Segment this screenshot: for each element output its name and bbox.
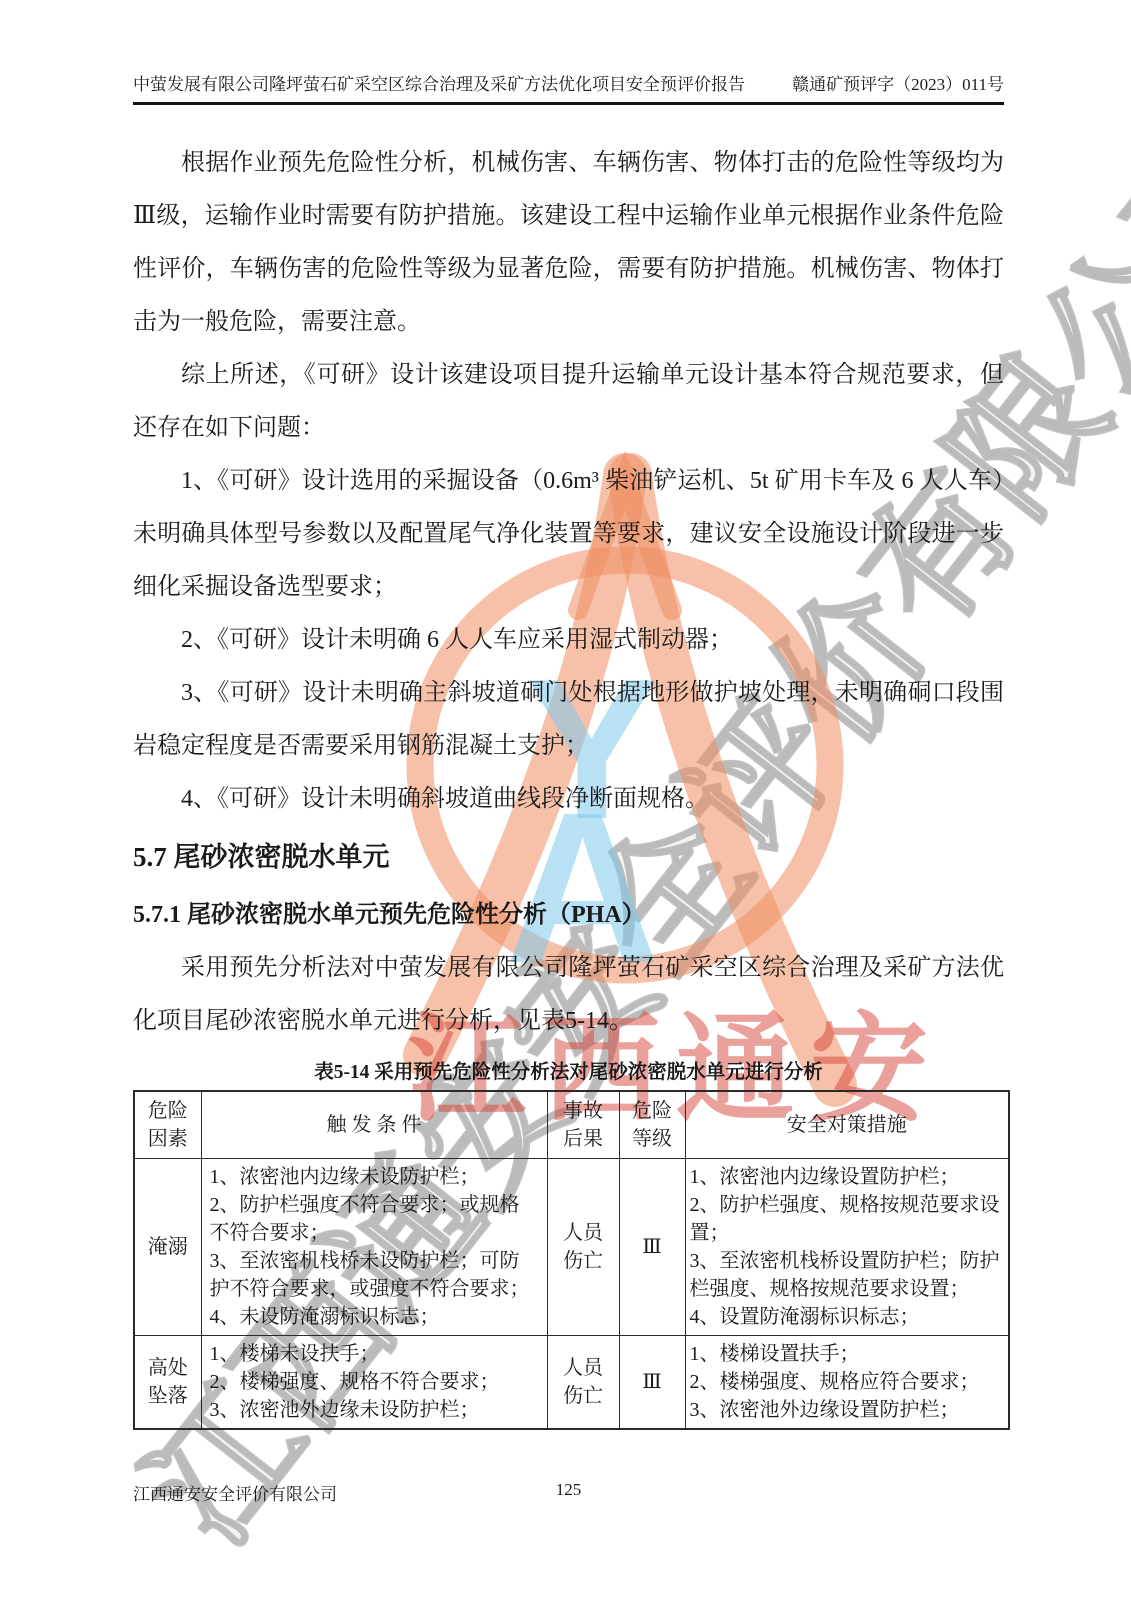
table-caption: 表5-14 采用预先危险性分析法对尾砂浓密脱水单元进行分析	[133, 1056, 1004, 1084]
cell-trigger-condition: 1、浓密池内边缘未设防护栏； 2、防护栏强度不符合要求；或规格不符合要求； 3、…	[201, 1159, 547, 1336]
pha-analysis-table: 危险 因素 触 发 条 件 事故 后果 危险 等级 安全对策措施 淹溺 1、浓密…	[133, 1090, 1010, 1430]
paragraph: 2、《可研》设计未明确 6 人人车应采用湿式制动器；	[133, 614, 1004, 667]
table-row: 高处 坠落 1、楼梯未设扶手； 2、楼梯强度、规格不符合要求； 3、浓密池外边缘…	[134, 1336, 1009, 1430]
paragraph: 1、《可研》设计选用的采掘设备（0.6m³ 柴油铲运机、5t 矿用卡车及 6 人…	[133, 455, 1004, 614]
report-title: 中萤发展有限公司隆坪萤石矿采空区综合治理及采矿方法优化项目安全预评价报告	[133, 70, 745, 95]
cell-safety-measures: 1、楼梯设置扶手； 2、楼梯强度、规格应符合要求； 3、浓密池外边缘设置防护栏；	[685, 1336, 1009, 1430]
cell-risk-level: Ⅲ	[619, 1336, 685, 1430]
page-footer: 江西通安安全评价有限公司 125	[133, 1480, 1004, 1505]
section-heading-5-7-1: 5.7.1 尾砂浓密脱水单元预先危险性分析（PHA）	[133, 890, 1004, 940]
report-doc-number: 赣通矿预评字（2023）011号	[792, 70, 1004, 95]
paragraph: 综上所述，《可研》设计该建设项目提升运输单元设计基本符合规范要求，但还存在如下问…	[133, 349, 1004, 455]
table-header-row: 危险 因素 触 发 条 件 事故 后果 危险 等级 安全对策措施	[134, 1091, 1009, 1159]
col-header-hazard-factor: 危险 因素	[134, 1091, 201, 1159]
paragraph: 采用预先分析法对中萤发展有限公司隆坪萤石矿采空区综合治理及采矿方法优化项目尾砂浓…	[133, 942, 1004, 1048]
footer-company-name: 江西通安安全评价有限公司	[133, 1485, 337, 1504]
page-number: 125	[556, 1480, 582, 1500]
cell-accident-consequence: 人员 伤亡	[547, 1159, 619, 1336]
cell-accident-consequence: 人员 伤亡	[547, 1336, 619, 1430]
paragraph: 3、《可研》设计未明确主斜坡道硐门处根据地形做护坡处理，未明确硐口段围岩稳定程度…	[133, 667, 1004, 773]
col-header-safety-measures: 安全对策措施	[685, 1091, 1009, 1159]
col-header-risk-level: 危险 等级	[619, 1091, 685, 1159]
paragraph: 4、《可研》设计未明确斜坡道曲线段净断面规格。	[133, 773, 1004, 826]
body-text: 根据作业预先危险性分析，机械伤害、车辆伤害、物体打击的危险性等级均为Ⅲ级，运输作…	[133, 137, 1004, 1048]
paragraph: 根据作业预先危险性分析，机械伤害、车辆伤害、物体打击的危险性等级均为Ⅲ级，运输作…	[133, 137, 1004, 349]
cell-risk-level: Ⅲ	[619, 1159, 685, 1336]
cell-safety-measures: 1、浓密池内边缘设置防护栏； 2、防护栏强度、规格按规范要求设置； 3、至浓密机…	[685, 1159, 1009, 1336]
col-header-accident-consequence: 事故 后果	[547, 1091, 619, 1159]
cell-hazard-factor: 高处 坠落	[134, 1336, 201, 1430]
col-header-trigger-condition: 触 发 条 件	[201, 1091, 547, 1159]
page-content: 中萤发展有限公司隆坪萤石矿采空区综合治理及采矿方法优化项目安全预评价报告 赣通矿…	[0, 0, 1131, 1430]
table-row: 淹溺 1、浓密池内边缘未设防护栏； 2、防护栏强度不符合要求；或规格不符合要求；…	[134, 1159, 1009, 1336]
cell-hazard-factor: 淹溺	[134, 1159, 201, 1336]
cell-trigger-condition: 1、楼梯未设扶手； 2、楼梯强度、规格不符合要求； 3、浓密池外边缘未设防护栏；	[201, 1336, 547, 1430]
page-header: 中萤发展有限公司隆坪萤石矿采空区综合治理及采矿方法优化项目安全预评价报告 赣通矿…	[133, 70, 1004, 105]
section-heading-5-7: 5.7 尾砂浓密脱水单元	[133, 832, 1004, 882]
